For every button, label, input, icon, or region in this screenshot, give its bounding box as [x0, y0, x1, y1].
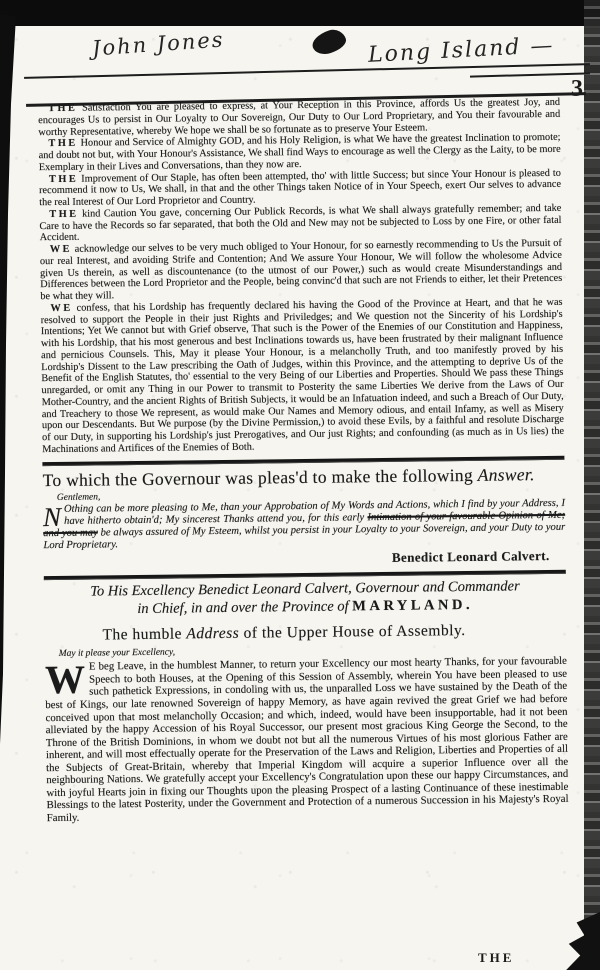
answer-heading-italic: Answer. — [478, 464, 535, 485]
handwritten-name: John Jones — [91, 27, 225, 60]
scan-edge-right — [584, 0, 600, 970]
paragraph-lead: WE — [50, 303, 72, 314]
paragraph-lead: THE — [48, 138, 77, 149]
printed-page-content: THE Satisfaction You are pleased to expr… — [38, 97, 569, 825]
paragraph-text: Satisfaction You are pleased to express,… — [38, 97, 560, 138]
ink-blot — [309, 26, 348, 57]
address-paragraph: WE acknowledge our selves to be very muc… — [40, 238, 563, 303]
catchword: THE — [478, 950, 514, 966]
scan-edge-top — [0, 0, 600, 26]
second-address-text: E beg Leave, in the humblest Manner, to … — [45, 655, 568, 824]
answer-body: NOthing can be more pleasing to Me, than… — [43, 497, 566, 552]
subheading-post: of the Upper House of Assembly. — [239, 622, 466, 642]
answer-text-2: be always assured of My Esteem, whilst y… — [43, 522, 565, 552]
subheading-italic: Address — [186, 625, 239, 643]
second-address-heading: To His Excellency Benedict Leonard Calve… — [44, 578, 566, 619]
dropcap-w: W — [45, 661, 89, 698]
handwritten-place: Long Island — — [367, 33, 555, 68]
province-name: MARYLAND. — [352, 597, 473, 614]
scan-edge-corner — [548, 912, 600, 970]
second-address-subheading: The humble Address of the Upper House of… — [102, 621, 566, 645]
dropcap-n: N — [43, 503, 64, 527]
address-paragraph: WE confess, that his Lordship has freque… — [40, 297, 564, 456]
paragraph-text: acknowledge our selves to be very much o… — [40, 238, 562, 302]
second-address-body: WE beg Leave, in the humblest Manner, to… — [45, 655, 569, 824]
scan-edge-left — [0, 14, 18, 744]
governor-signature: Benedict Leonard Calvert. — [44, 548, 550, 570]
paragraph-lead: THE — [49, 208, 78, 219]
paragraph-text: Honour and Service of Almighty GOD, and … — [39, 132, 561, 173]
paragraph-lead: WE — [50, 244, 72, 255]
paragraph-text: kind Caution You gave, concerning Our Pu… — [39, 203, 561, 244]
paragraph-lead: THE — [49, 173, 78, 184]
paragraph-text: confess, that his Lordship has frequentl… — [41, 297, 565, 455]
page-number: 3 — [571, 76, 583, 103]
paragraph-lead: THE — [48, 103, 77, 114]
heading2-line2: in Chief, in and over the Province of — [137, 598, 352, 617]
answer-heading-text: To which the Governour was pleas'd to ma… — [42, 464, 477, 489]
paragraph-text: Improvement of Our Staple, has often bee… — [39, 167, 561, 208]
subheading-pre: The humble — [102, 626, 186, 644]
